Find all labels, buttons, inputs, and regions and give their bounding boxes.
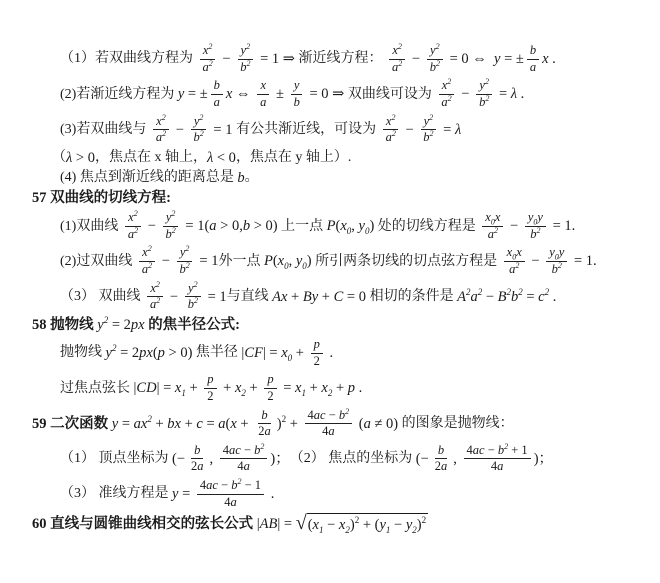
- text-run: (: [308, 517, 313, 533]
- sqrt-expression: √(x1 − x2)2 + (y1 − y2)2: [296, 513, 428, 535]
- text-run: x2: [150, 281, 160, 295]
- text-run: （1）若双曲线方程为: [60, 50, 197, 68]
- fraction-numerator: p: [264, 372, 276, 389]
- text-run: +: [287, 288, 302, 306]
- formula-line: （1） 顶点坐标为 (−b2a, 4ac − b24a)；（2） 焦点的坐标为 …: [60, 443, 660, 475]
- text-run: y0: [549, 245, 559, 259]
- text-run: b2: [240, 60, 250, 74]
- text-run: .: [355, 379, 362, 397]
- fraction-denominator: b2: [163, 227, 179, 243]
- text-run: b: [243, 217, 250, 235]
- fraction-denominator: b: [291, 95, 303, 111]
- text-run: x2: [128, 210, 138, 224]
- text-run: a2: [156, 130, 166, 144]
- text-run: b2: [498, 443, 508, 457]
- text-run: +: [237, 415, 252, 433]
- text-run: b: [194, 443, 200, 457]
- text-run: b: [261, 408, 267, 422]
- text-run: ，焦点在 y 轴上）.: [236, 149, 352, 167]
- fraction-numerator: y2: [427, 43, 443, 60]
- text-run: 双曲线可设为: [348, 86, 436, 104]
- fraction: y2b2: [177, 245, 193, 277]
- text-run: y0: [296, 252, 307, 270]
- text-run: )2: [417, 517, 426, 533]
- text-run: b2: [430, 60, 440, 74]
- fraction: x0xa2: [504, 245, 525, 277]
- formula-line: 59 二次函数 y = ax2 + bx + c = a(x + b2a)2 +…: [32, 408, 660, 440]
- fraction-numerator: p: [204, 372, 216, 389]
- text-run: CF: [244, 344, 263, 362]
- text-run: )2: [350, 517, 359, 533]
- fraction-numerator: y2: [177, 245, 193, 262]
- text-run: (−: [172, 450, 185, 468]
- text-run: + (: [359, 517, 379, 533]
- text-run: −: [241, 443, 254, 457]
- text-run: x: [516, 245, 522, 259]
- text-run: ac: [473, 443, 485, 457]
- fraction: 4ac − b24a: [220, 443, 268, 475]
- formula-line: (2)若渐近线方程为 y = ±bax ⇔ xa ± yb = 0 ⇒ 双曲线可…: [60, 78, 660, 110]
- text-run: x0: [485, 210, 495, 224]
- text-run: ±: [272, 85, 287, 103]
- text-run: + 1: [508, 443, 528, 457]
- formula-line: （1）若双曲线方程为 x2a2 − y2b2 = 1 ⇒ 渐近线方程： x2a2…: [60, 43, 660, 75]
- text-run: = 1(: [182, 217, 210, 235]
- text-run: a: [230, 495, 236, 509]
- text-run: = 2: [116, 344, 139, 362]
- text-run: .: [549, 50, 556, 68]
- text-run: a: [441, 459, 447, 473]
- text-run: 外一点: [218, 253, 264, 271]
- fraction-denominator: a2: [153, 130, 169, 146]
- text-run: ⇔: [232, 85, 254, 103]
- text-run: ac: [206, 478, 218, 492]
- text-run: .: [267, 485, 274, 503]
- text-run: 58 抛物线: [32, 316, 97, 334]
- text-run: (: [355, 415, 363, 433]
- fraction: y2b2: [237, 43, 253, 75]
- text-run: x0: [278, 252, 289, 270]
- text-run: > 0): [250, 217, 278, 235]
- text-run: λ: [455, 121, 461, 139]
- formula-line: （3） 双曲线 x2a2 − y2b2 = 1与直线 Ax + By + C =…: [60, 281, 660, 313]
- text-run: 59 二次函数: [32, 415, 112, 433]
- fraction-numerator: b: [435, 443, 447, 460]
- fraction-numerator: 4ac − b2 + 1: [464, 443, 531, 460]
- text-run: y2: [479, 78, 489, 92]
- text-run: 处的切线方程是: [374, 218, 479, 236]
- fraction-denominator: 2: [311, 354, 323, 370]
- fraction-denominator: b2: [427, 60, 443, 76]
- fraction: y0yb2: [525, 210, 546, 242]
- text-run: +: [306, 379, 321, 397]
- text-run: x2: [339, 517, 350, 533]
- text-run: a: [260, 95, 266, 109]
- text-run: 上一点: [278, 218, 327, 236]
- fraction-numerator: x2: [439, 78, 455, 95]
- text-run: 渐近线方程：: [299, 50, 387, 68]
- text-run: = 0 ⇔: [446, 50, 494, 68]
- text-run: −: [323, 517, 338, 533]
- fraction-numerator: y2: [421, 114, 437, 131]
- text-run: 。: [245, 169, 259, 187]
- fraction: x2a2: [389, 43, 405, 75]
- fraction-numerator: 4ac − b2 − 1: [197, 478, 264, 495]
- fraction: p2: [264, 372, 276, 404]
- fraction: 4ac − b24a: [305, 408, 353, 440]
- text-run: b2: [194, 130, 204, 144]
- text-run: )；: [270, 450, 289, 468]
- fraction-numerator: x2: [153, 114, 169, 131]
- text-run: A2: [457, 288, 470, 306]
- text-run: y0: [359, 217, 370, 235]
- fraction: b2a: [255, 408, 274, 440]
- fraction-numerator: x: [257, 78, 269, 95]
- fraction-denominator: b2: [549, 262, 565, 278]
- text-run: a: [218, 415, 225, 433]
- text-run: −: [528, 252, 543, 270]
- fraction: x2a2: [139, 245, 155, 277]
- fraction-denominator: 2a: [432, 459, 451, 475]
- text-run: y: [537, 210, 543, 224]
- text-run: a2: [441, 95, 451, 109]
- fraction-denominator: a2: [147, 297, 163, 313]
- text-run: x1: [295, 379, 306, 397]
- text-run: +: [246, 379, 261, 397]
- fraction-numerator: y2: [185, 281, 201, 298]
- text-run: ac: [229, 443, 241, 457]
- text-run: (−: [416, 450, 429, 468]
- text-run: −: [326, 408, 339, 422]
- text-run: 抛物线: [60, 344, 106, 362]
- text-run: ,: [289, 252, 296, 270]
- fraction-denominator: a2: [506, 262, 522, 278]
- text-run: y2: [241, 43, 251, 57]
- text-run: p: [207, 372, 213, 386]
- fraction-numerator: x0x: [504, 245, 525, 262]
- text-run: bx: [167, 415, 181, 433]
- text-run: a: [214, 95, 220, 109]
- fraction-numerator: x0x: [482, 210, 503, 227]
- fraction: ba: [211, 78, 223, 110]
- text-run: y2: [406, 517, 417, 533]
- text-run: 所引两条切线的切点弦方程是: [312, 253, 501, 271]
- text-run: b: [237, 169, 244, 187]
- fraction: 4ac − b2 − 14a: [197, 478, 264, 510]
- text-run: ，焦点在 x 轴上，: [95, 149, 207, 167]
- fraction-denominator: a2: [389, 60, 405, 76]
- fraction-numerator: 4ac − b2: [220, 443, 268, 460]
- text-run: 的焦半径公式:: [145, 316, 240, 334]
- fraction: b2a: [188, 443, 207, 475]
- text-run: 焦半径: [192, 344, 241, 362]
- text-run: b2: [479, 95, 489, 109]
- text-run: （3） 双曲线: [60, 288, 144, 306]
- text-run: x2: [321, 379, 332, 397]
- text-run: x2: [442, 78, 452, 92]
- text-run: y2: [166, 210, 176, 224]
- text-run: 有公共渐近线，可设为: [236, 121, 380, 139]
- text-run: +: [186, 379, 201, 397]
- text-run: | =: [277, 515, 295, 533]
- fraction-numerator: y: [291, 78, 303, 95]
- text-run: x2: [203, 43, 213, 57]
- text-run: a: [328, 424, 334, 438]
- formula-line: 58 抛物线 y2 = 2px 的焦半径公式:: [32, 316, 660, 334]
- text-run: px: [131, 316, 145, 334]
- fraction-numerator: x2: [125, 210, 141, 227]
- text-run: 与直线: [227, 288, 273, 306]
- text-run: a2: [142, 262, 152, 276]
- fraction-numerator: y2: [238, 43, 254, 60]
- fraction-numerator: 4ac − b2: [305, 408, 353, 425]
- text-run: 的图象是抛物线：: [398, 415, 514, 433]
- text-run: x: [260, 78, 266, 92]
- text-run: − 1: [242, 478, 262, 492]
- text-run: b2: [254, 443, 264, 457]
- text-run: ,: [210, 450, 217, 468]
- formula-line: 60 直线与圆锥曲线相交的弦长公式 |AB| = √(x1 − x2)2 + (…: [32, 513, 660, 535]
- fraction-denominator: a2: [139, 262, 155, 278]
- text-run: = 2: [108, 316, 131, 334]
- fraction-numerator: y0y: [546, 245, 567, 262]
- text-run: =: [203, 415, 218, 433]
- text-run: px: [139, 344, 153, 362]
- text-run: 过焦点弦长: [60, 380, 134, 398]
- fraction-denominator: b2: [476, 95, 492, 111]
- text-run: b2: [180, 262, 190, 276]
- text-run: .: [549, 288, 556, 306]
- text-run: +: [286, 415, 301, 433]
- fraction: ba: [527, 43, 539, 75]
- text-run: (3)若双曲线与: [60, 121, 150, 139]
- text-run: x0: [340, 217, 351, 235]
- text-run: （: [52, 149, 66, 167]
- text-run: −: [390, 517, 405, 533]
- formula-line: （3） 准线方程是 y = 4ac − b2 − 14a .: [60, 478, 660, 510]
- text-run: 2: [207, 389, 213, 403]
- text-run: a2: [488, 227, 498, 241]
- fraction-denominator: b2: [237, 60, 253, 76]
- text-run: =: [523, 288, 538, 306]
- text-run: −: [458, 85, 473, 103]
- text-run: b: [294, 95, 300, 109]
- fraction: p2: [311, 337, 323, 369]
- formula-line: （λ > 0，焦点在 x 轴上，λ < 0，焦点在 y 轴上）.: [52, 149, 660, 167]
- text-run: x2: [156, 114, 166, 128]
- text-run: = 1: [204, 288, 227, 306]
- text-run: 相切的条件是: [370, 288, 458, 306]
- text-run: B2: [498, 288, 511, 306]
- fraction: x2a2: [153, 114, 169, 146]
- text-run: x2: [392, 43, 402, 57]
- formula-line: (2)过双曲线 x2a2 − y2b2 = 1外一点 P(x0, y0) 所引两…: [60, 245, 660, 277]
- text-run: b: [530, 43, 536, 57]
- fraction-denominator: 4a: [488, 459, 507, 475]
- text-run: c2: [538, 288, 549, 306]
- formula-line: 抛物线 y2 = 2px(p > 0) 焦半径 |CF| = x0 + p2 .: [60, 337, 660, 369]
- fraction: y2b2: [476, 78, 492, 110]
- text-run: a2: [128, 227, 138, 241]
- text-run: y2: [188, 281, 198, 295]
- fraction: x0xa2: [482, 210, 503, 242]
- text-run: x2: [235, 379, 246, 397]
- text-run: +: [220, 379, 235, 397]
- text-run: C: [334, 288, 344, 306]
- fraction-numerator: x2: [147, 281, 163, 298]
- text-run: a2: [470, 288, 482, 306]
- text-run: a: [530, 60, 536, 74]
- fraction: xa: [257, 78, 269, 110]
- text-run: +: [318, 288, 333, 306]
- text-run: x2: [142, 245, 152, 259]
- text-run: b2: [231, 478, 241, 492]
- text-run: +: [332, 379, 347, 397]
- formula-line: (1)双曲线 x2a2 − y2b2 = 1(a > 0,b > 0) 上一点 …: [60, 210, 660, 242]
- text-run: )2: [277, 415, 286, 433]
- fraction-denominator: a2: [125, 227, 141, 243]
- fraction-denominator: a: [257, 95, 269, 111]
- document-page: （1）若双曲线方程为 x2a2 − y2b2 = 1 ⇒ 渐近线方程： x2a2…: [0, 0, 660, 583]
- fraction-denominator: a2: [485, 227, 501, 243]
- fraction-denominator: 2a: [188, 459, 207, 475]
- text-run: a: [497, 459, 503, 473]
- text-run: .: [326, 344, 333, 362]
- formula-line: (3)若双曲线与 x2a2 − y2b2 = 1 有公共渐近线，可设为 x2a2…: [60, 114, 660, 146]
- text-run: < 0: [213, 149, 236, 167]
- fraction-denominator: a2: [200, 60, 216, 76]
- text-run: (2)若渐近线方程为: [60, 86, 178, 104]
- text-run: y2: [97, 316, 108, 334]
- text-run: +: [292, 344, 307, 362]
- fraction-numerator: x2: [389, 43, 405, 60]
- text-run: ax2: [134, 415, 152, 433]
- text-run: x0: [281, 344, 292, 362]
- fraction-denominator: b2: [185, 297, 201, 313]
- text-run: −: [218, 478, 231, 492]
- text-run: = 0 ⇒: [306, 85, 348, 103]
- radicand: (x1 − x2)2 + (y1 − y2)2: [307, 513, 428, 535]
- text-run: By: [303, 288, 318, 306]
- fraction-denominator: b2: [527, 227, 543, 243]
- text-run: (4) 焦点到渐近线的距离总是: [60, 169, 237, 187]
- text-run: = 1: [196, 252, 219, 270]
- fraction-numerator: b: [527, 43, 539, 60]
- text-run: = 1 ⇒: [256, 50, 298, 68]
- text-run: b: [214, 78, 220, 92]
- text-run: (1)双曲线: [60, 218, 122, 236]
- fraction: x2a2: [147, 281, 163, 313]
- text-run: 2: [314, 354, 320, 368]
- text-run: a: [197, 459, 203, 473]
- text-run: a: [364, 415, 371, 433]
- text-run: CD: [136, 379, 156, 397]
- fraction: x2a2: [438, 78, 454, 110]
- text-run: | =: [157, 379, 175, 397]
- text-run: b2: [511, 288, 523, 306]
- text-run: y2: [430, 43, 440, 57]
- text-run: −: [482, 288, 497, 306]
- formula-line: 过焦点弦长 |CD| = x1 + p2 + x2 + p2 = x1 + x2…: [60, 372, 660, 404]
- fraction: p2: [204, 372, 216, 404]
- text-run: −: [172, 121, 187, 139]
- fraction: yb: [291, 78, 303, 110]
- fraction: y2b2: [185, 281, 201, 313]
- fraction-denominator: 2: [204, 389, 216, 405]
- text-run: b2: [188, 297, 198, 311]
- text-run: AB: [260, 515, 278, 533]
- text-run: −: [408, 50, 423, 68]
- text-run: = 1.: [570, 252, 596, 270]
- text-run: ac: [314, 408, 326, 422]
- fraction-numerator: x2: [383, 114, 399, 131]
- text-run: 60 直线与圆锥曲线相交的弦长公式: [32, 515, 257, 533]
- text-run: （2） 焦点的坐标为: [290, 450, 416, 468]
- text-run: = 1.: [549, 217, 575, 235]
- text-run: a2: [203, 60, 213, 74]
- text-run: y2: [194, 114, 204, 128]
- text-run: =: [495, 85, 510, 103]
- text-run: = 1: [210, 121, 236, 139]
- fraction-numerator: y0y: [525, 210, 546, 227]
- formula-line: 57 双曲线的切线方程:: [32, 189, 660, 207]
- fraction: x2a2: [200, 43, 216, 75]
- formula-line: (4) 焦点到渐近线的距离总是 b。: [60, 169, 660, 187]
- fraction-denominator: a2: [383, 130, 399, 146]
- text-run: = ±: [184, 85, 207, 103]
- text-run: y1: [379, 517, 390, 533]
- text-run: 57 双曲线的切线方程:: [32, 189, 171, 207]
- fraction: x2a2: [125, 210, 141, 242]
- text-run: b2: [530, 227, 540, 241]
- text-run: Ax: [272, 288, 287, 306]
- text-run: 2: [267, 389, 273, 403]
- radical-icon: √: [296, 513, 307, 533]
- text-run: x2: [386, 114, 396, 128]
- fraction-denominator: b2: [177, 262, 193, 278]
- text-run: b2: [423, 130, 433, 144]
- text-run: a2: [386, 130, 396, 144]
- text-run: −: [166, 288, 181, 306]
- text-run: x1: [175, 379, 186, 397]
- fraction-denominator: a: [527, 60, 539, 76]
- text-run: y2: [424, 114, 434, 128]
- text-run: ≠ 0): [371, 415, 398, 433]
- fraction-numerator: b: [211, 78, 223, 95]
- text-run: (2)过双曲线: [60, 253, 136, 271]
- fraction-numerator: b: [258, 408, 270, 425]
- text-run: −: [402, 121, 417, 139]
- text-run: ,: [351, 217, 358, 235]
- text-run: )；: [534, 450, 553, 468]
- fraction-numerator: y2: [476, 78, 492, 95]
- text-run: y2: [180, 245, 190, 259]
- fraction: b2a: [432, 443, 451, 475]
- text-run: x: [495, 210, 501, 224]
- text-run: =: [440, 121, 455, 139]
- fraction-denominator: 4a: [319, 424, 338, 440]
- text-run: −: [144, 217, 159, 235]
- text-run: > 0: [72, 149, 95, 167]
- text-run: a: [264, 424, 270, 438]
- fraction-denominator: 4a: [234, 459, 253, 475]
- text-run: > 0): [165, 344, 193, 362]
- text-run: y: [559, 245, 565, 259]
- text-run: = ±: [500, 50, 523, 68]
- text-run: =: [178, 485, 193, 503]
- text-run: > 0,: [217, 217, 243, 235]
- text-run: =: [118, 415, 133, 433]
